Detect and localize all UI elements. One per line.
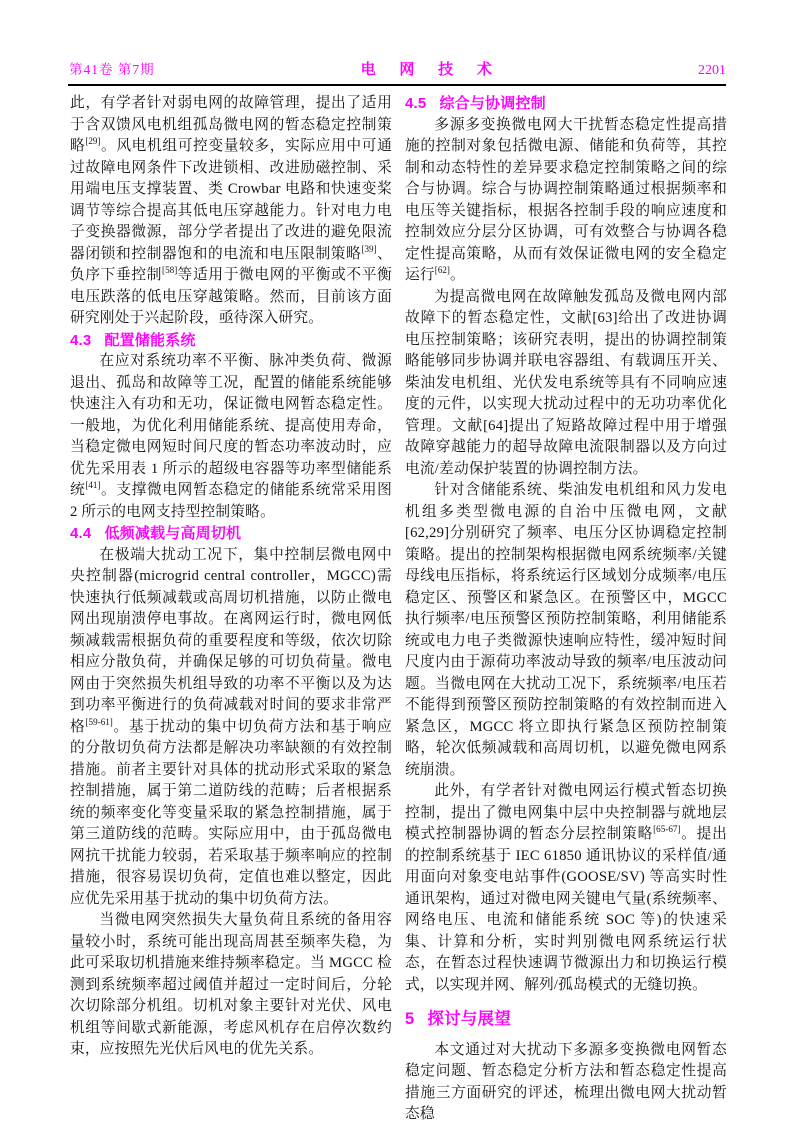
text-run: 。提出的控制系统基于 IEC 61850 通讯协议的采样值/通用面向对象变电站事…	[405, 826, 727, 993]
right-column: 4.5综合与协调控制多源多变换微电网大干扰暂态稳定性提高措施的控制对象包括微电源…	[405, 93, 727, 1122]
text-run: 本文通过对大扰动下多源多变换微电网暂态稳定问题、暂态稳定分析方法和暂态稳定性提高…	[405, 1042, 727, 1122]
paragraph: 针对含储能系统、柴油发电机组和风力发电机组多类型微电源的自治中压微电网，文献[6…	[405, 480, 727, 781]
section-title: 低频减载与高周切机	[104, 525, 241, 542]
page-number: 2201	[698, 63, 726, 79]
citation-superscript: [29]	[85, 136, 100, 146]
paragraph: 多源多变换微电网大干扰暂态稳定性提高措施的控制对象包括微电源、储能和负荷等，其控…	[405, 115, 727, 287]
section-number: 5	[405, 1010, 414, 1028]
citation-superscript: [62]	[435, 265, 450, 275]
section-heading: 4.3配置储能系统	[70, 330, 392, 352]
section-heading: 5探讨与展望	[405, 1009, 727, 1031]
paragraph: 在应对系统功率不平衡、脉冲类负荷、微源退出、孤岛和故障等工况，配置的储能系统能够…	[70, 351, 392, 523]
paragraph: 本文通过对大扰动下多源多变换微电网暂态稳定问题、暂态稳定分析方法和暂态稳定性提高…	[405, 1040, 727, 1122]
section-title: 配置储能系统	[104, 332, 195, 349]
paragraph: 当微电网突然损失大量负荷且系统的备用容量较小时，系统可能出现高周甚至频率失稳，为…	[70, 910, 392, 1061]
citation-superscript: [58]	[162, 265, 177, 275]
journal-title: 电 网 技 术	[361, 58, 502, 79]
section-heading: 4.4低频减载与高周切机	[70, 523, 392, 545]
text-run: 多源多变换微电网大干扰暂态稳定性提高措施的控制对象包括微电源、储能和负荷等，其控…	[405, 117, 727, 284]
text-run: 。支撑微电网暂态稳定的储能系统常采用图 2 所示的电网支持型控制策略。	[70, 482, 392, 520]
section-number: 4.5	[405, 95, 426, 112]
text-run: 。基于扰动的集中切负荷方法和基于响应的分散切负荷方法都是解决功率缺额的有效控制措…	[70, 719, 392, 907]
section-number: 4.3	[70, 332, 91, 349]
paragraph: 在极端大扰动工况下，集中控制层微电网中央控制器(microgrid centra…	[70, 545, 392, 911]
text-run: 。风电机组可控变量较多，实际应用中可通过故障电网条件下改进锁相、改进励磁控制、采…	[70, 138, 392, 262]
text-run: 在极端大扰动工况下，集中控制层微电网中央控制器(microgrid centra…	[70, 547, 392, 735]
section-number: 4.4	[70, 525, 91, 542]
citation-superscript: [41]	[85, 480, 100, 490]
text-run: 为提高微电网在故障触发孤岛及微电网内部故障下的暂态稳定性，文献[63]给出了改进…	[405, 289, 727, 477]
section-title: 探讨与展望	[427, 1010, 511, 1028]
citation-superscript: [39]	[361, 244, 376, 254]
volume-issue-label: 第41卷 第7期	[69, 58, 155, 78]
section-heading: 4.5综合与协调控制	[405, 93, 727, 115]
left-column: 此，有学者针对弱电网的故障管理，提出了适用于含双馈风电机组孤岛微电网的暂态稳定控…	[70, 93, 392, 1061]
running-head: 第41卷 第7期 电 网 技 术 2201	[69, 58, 726, 79]
section-title: 综合与协调控制	[439, 95, 545, 112]
text-run: 针对含储能系统、柴油发电机组和风力发电机组多类型微电源的自治中压微电网，文献[6…	[405, 482, 727, 778]
paragraph: 为提高微电网在故障触发孤岛及微电网内部故障下的暂态稳定性，文献[63]给出了改进…	[405, 287, 727, 481]
citation-superscript: [65-67]	[653, 824, 680, 834]
paragraph: 此外，有学者针对微电网运行模式暂态切换控制，提出了微电网集中层中央控制器与就地层…	[405, 781, 727, 996]
text-run: 在应对系统功率不平衡、脉冲类负荷、微源退出、孤岛和故障等工况，配置的储能系统能够…	[70, 353, 392, 498]
header-rule	[68, 84, 726, 86]
journal-page: 第41卷 第7期 电 网 技 术 2201 此，有学者针对弱电网的故障管理，提出…	[0, 0, 793, 1122]
citation-superscript: [59-61]	[86, 717, 113, 727]
paragraph: 此，有学者针对弱电网的故障管理，提出了适用于含双馈风电机组孤岛微电网的暂态稳定控…	[70, 93, 392, 330]
text-run: 。	[450, 267, 465, 283]
text-run: 当微电网突然损失大量负荷且系统的备用容量较小时，系统可能出现高周甚至频率失稳，为…	[70, 912, 392, 1057]
